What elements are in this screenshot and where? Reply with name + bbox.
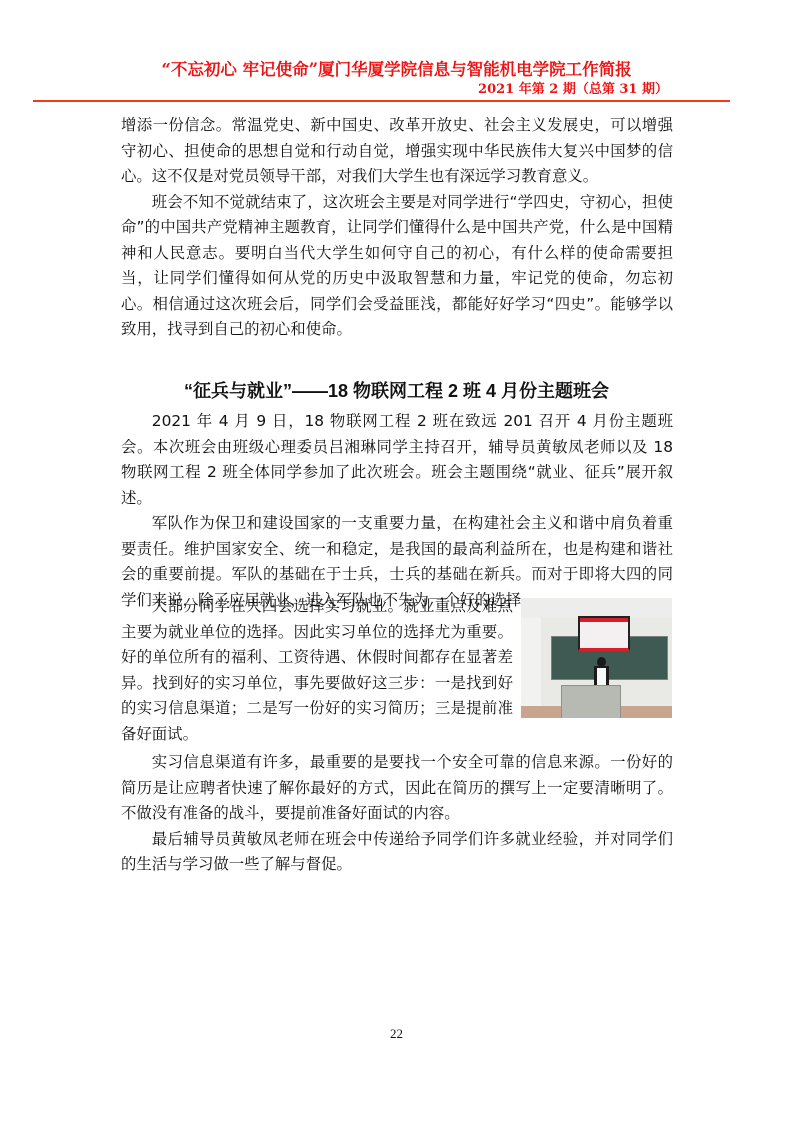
newsletter-title: “不忘初心 牢记使命”厦门华厦学院信息与智能机电学院工作简报 (0, 56, 793, 80)
photo-ceiling (521, 598, 672, 618)
page-number: 22 (0, 1026, 793, 1042)
article-body-wrapped: 大部分同学在大四会选择实习就业。就业重点及难点主要为就业单位的选择。因此实习单位… (121, 594, 513, 747)
article-title: “征兵与就业”——18 物联网工程 2 班 4 月份主题班会 (0, 377, 793, 403)
paragraph: 2021 年 4 月 9 日，18 物联网工程 2 班在致远 201 召开 4 … (121, 409, 673, 511)
header-divider (33, 100, 730, 102)
paragraph: 大部分同学在大四会选择实习就业。就业重点及难点主要为就业单位的选择。因此实习单位… (121, 594, 513, 747)
article-body: 2021 年 4 月 9 日，18 物联网工程 2 班在致远 201 召开 4 … (121, 409, 673, 613)
classroom-photo (521, 598, 672, 718)
photo-wall (521, 618, 541, 706)
article-body-continued: 实习信息渠道有许多，最重要的是要找一个安全可靠的信息来源。一份好的简历是让应聘者… (121, 750, 673, 878)
continued-section: 增添一份信念。常温党史、新中国史、改革开放史、社会主义发展史，可以增强守初心、担… (121, 113, 673, 343)
photo-speaker-apron (597, 668, 606, 686)
paragraph: 班会不知不觉就结束了，这次班会主要是对同学进行“学四史，守初心，担使命”的中国共… (121, 190, 673, 343)
paragraph: 最后辅导员黄敏凤老师在班会中传递给予同学们许多就业经验，并对同学们的生活与学习做… (121, 827, 673, 878)
photo-tv-screen (578, 616, 630, 651)
photo-speaker-head (597, 657, 606, 667)
paragraph: 实习信息渠道有许多，最重要的是要找一个安全可靠的信息来源。一份好的简历是让应聘者… (121, 750, 673, 827)
paragraph: 增添一份信念。常温党史、新中国史、改革开放史、社会主义发展史，可以增强守初心、担… (121, 113, 673, 190)
issue-number: 2021 年第 2 期（总第 31 期） (478, 78, 668, 97)
photo-podium (561, 685, 621, 718)
